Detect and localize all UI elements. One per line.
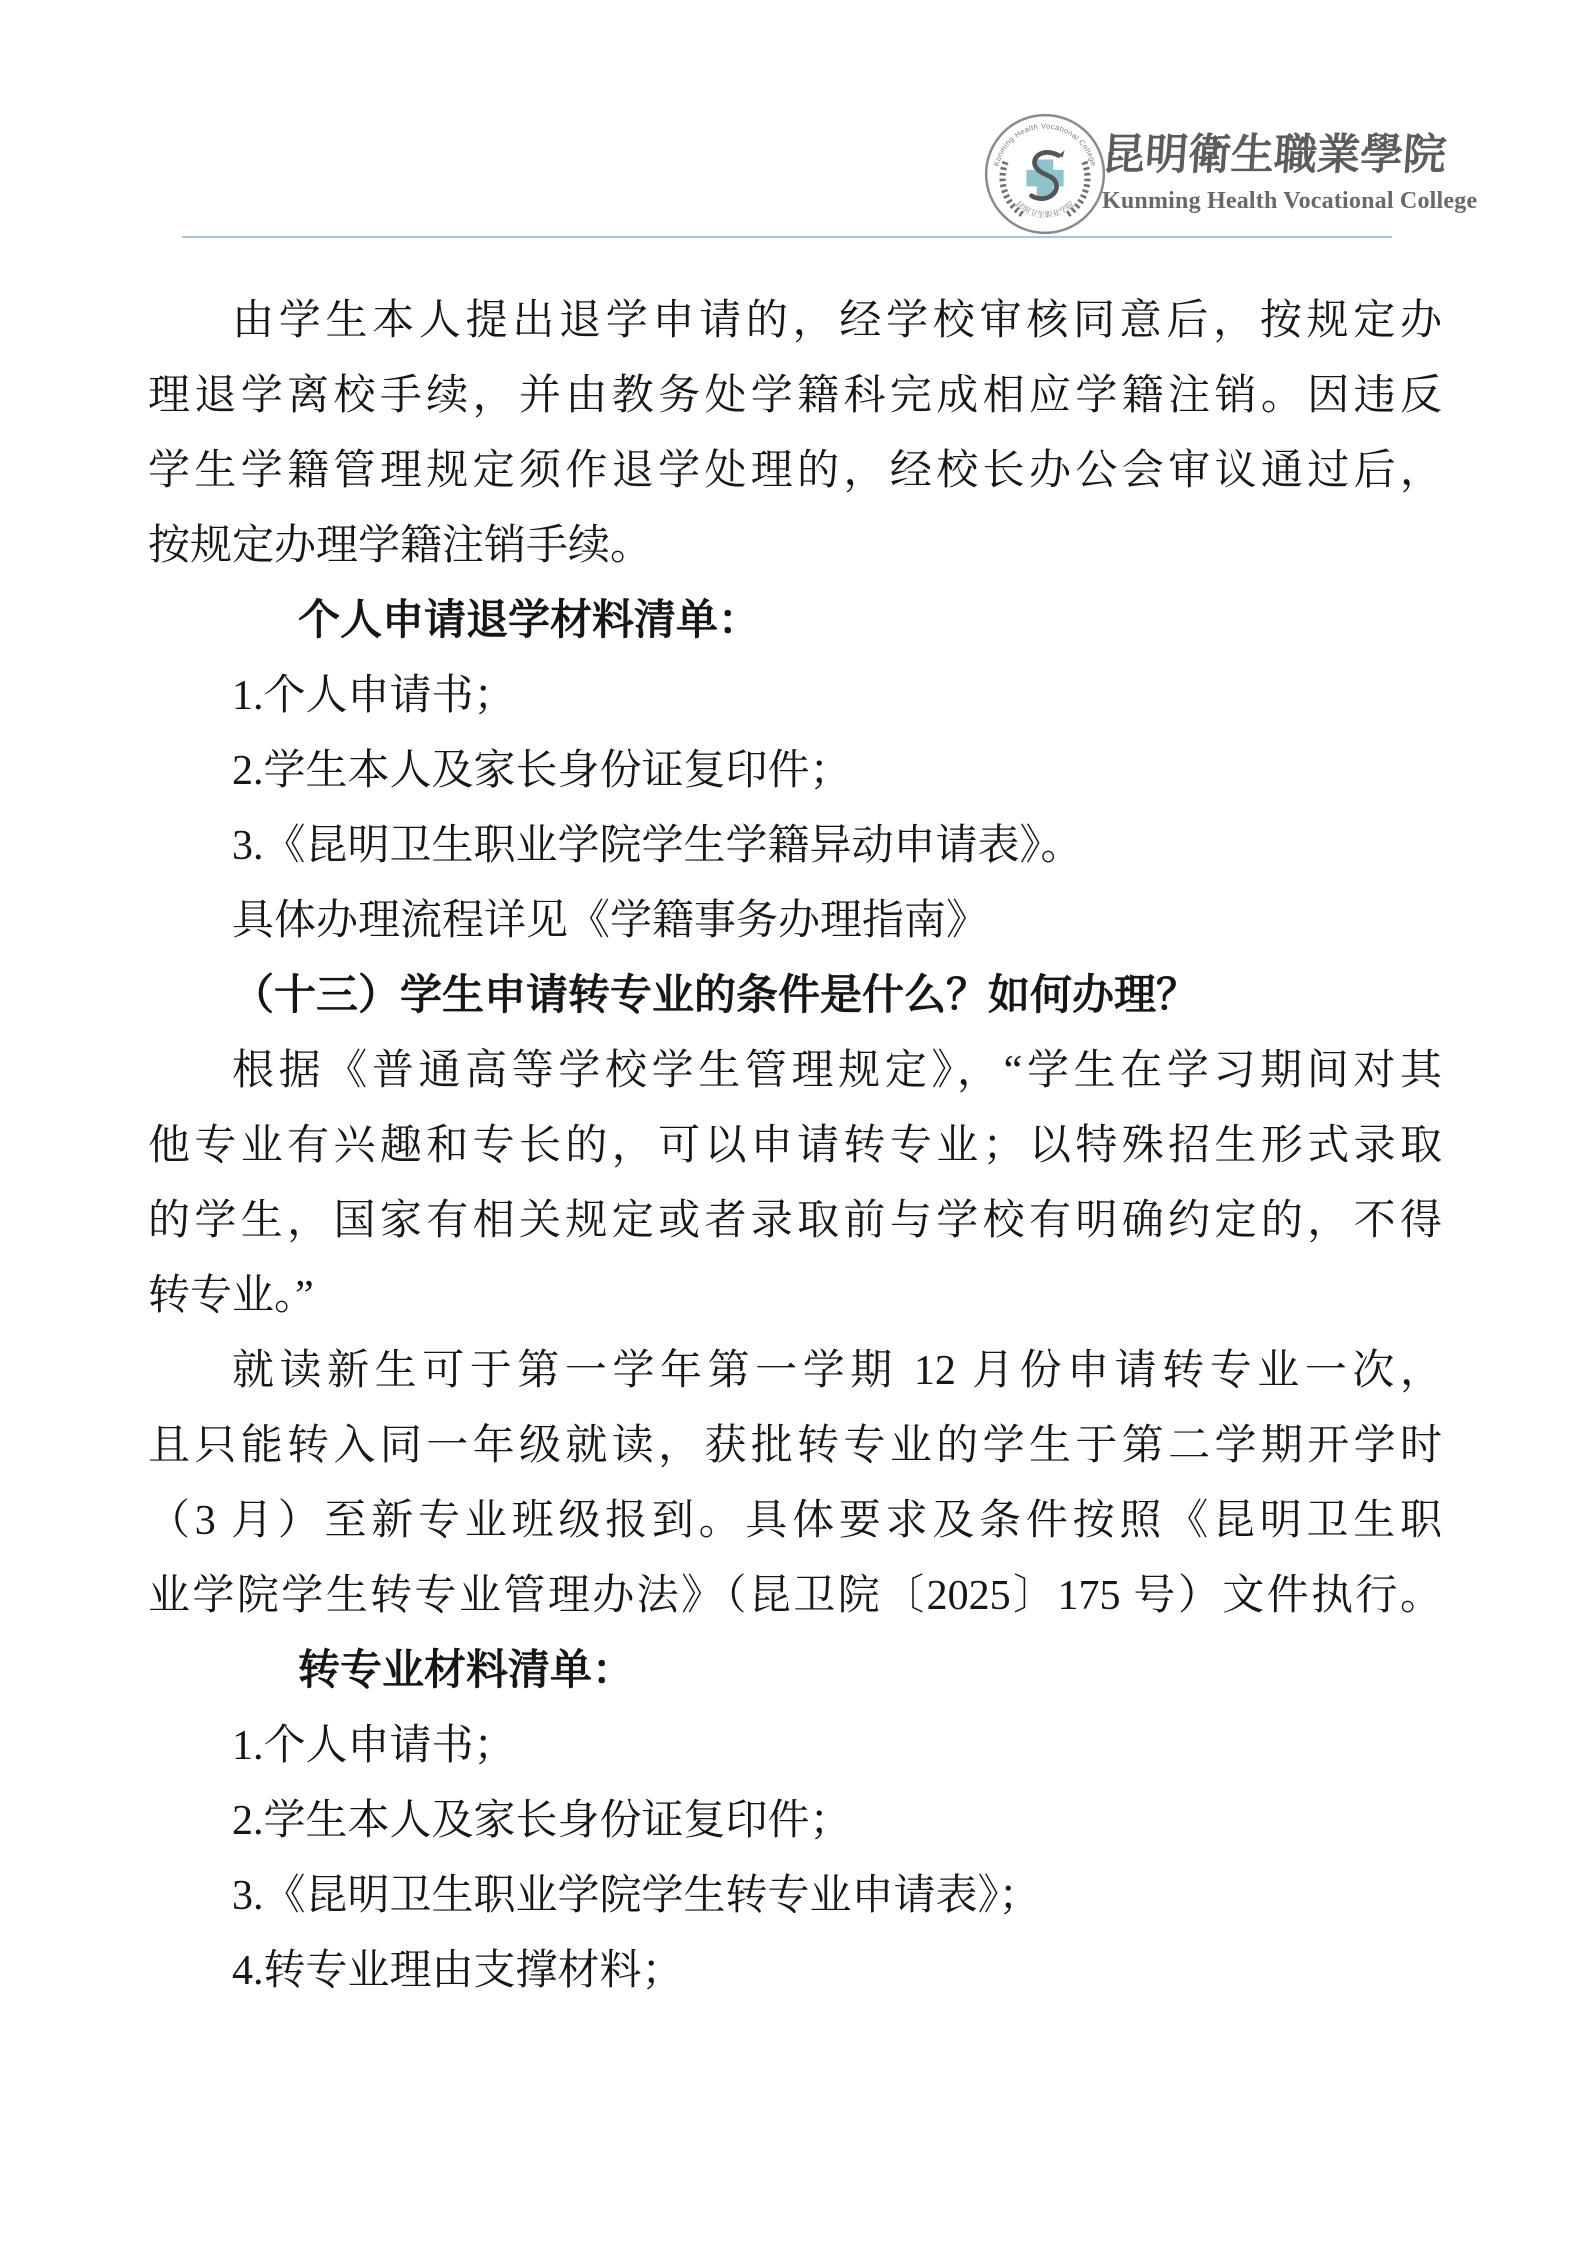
college-name-block: 昆明衛生職業學院 Kunming Health Vocational Colle… bbox=[1102, 130, 1462, 216]
document-text-line: 由学生本人提出退学申请的，经学校审核同意后，按规定办 bbox=[148, 284, 1442, 359]
college-name-english: Kunming Health Vocational College bbox=[1102, 186, 1462, 216]
college-name-chinese: 昆明衛生職業學院 bbox=[1100, 130, 1464, 182]
document-text-line: 1.个人申请书； bbox=[148, 659, 1442, 734]
college-seal-logo: Kunming Health Vocational College 昆明卫生职业… bbox=[983, 112, 1107, 236]
document-text-line: 3.《昆明卫生职业学院学生转专业申请表》； bbox=[148, 1859, 1442, 1934]
document-text-line: 且只能转入同一年级就读，获批转专业的学生于第二学期开学时 bbox=[148, 1409, 1442, 1484]
document-text-line: 的学生，国家有相关规定或者录取前与学校有明确约定的，不得 bbox=[148, 1184, 1442, 1259]
document-text-line: 他专业有兴趣和专长的，可以申请转专业；以特殊招生形式录取 bbox=[148, 1109, 1442, 1184]
page-header: Kunming Health Vocational College 昆明卫生职业… bbox=[0, 0, 1587, 250]
page: { "header": { "logo": { "ring_text_top":… bbox=[0, 0, 1587, 2245]
document-body: 由学生本人提出退学申请的，经学校审核同意后，按规定办理退学离校手续，并由教务处学… bbox=[148, 284, 1442, 2009]
document-text-line: 根据《普通高等学校学生管理规定》，“学生在学习期间对其 bbox=[148, 1034, 1442, 1109]
document-text-line: 2.学生本人及家长身份证复印件； bbox=[148, 1784, 1442, 1859]
document-text-line: 1.个人申请书； bbox=[148, 1709, 1442, 1784]
document-text-line: 2.学生本人及家长身份证复印件； bbox=[148, 734, 1442, 809]
document-text-line: 业学院学生转专业管理办法》（昆卫院〔2025〕175 号）文件执行。 bbox=[148, 1559, 1442, 1634]
document-text-line: 4.转专业理由支撑材料； bbox=[148, 1934, 1442, 2009]
college-seal-icon: Kunming Health Vocational College 昆明卫生职业… bbox=[983, 112, 1107, 236]
document-text-line: 学生学籍管理规定须作退学处理的，经校长办公会审议通过后， bbox=[148, 434, 1442, 509]
document-text-line: 就读新生可于第一学年第一学期 12 月份申请转专业一次， bbox=[148, 1334, 1442, 1409]
document-text-line: （3 月）至新专业班级报到。具体要求及条件按照《昆明卫生职 bbox=[148, 1484, 1442, 1559]
document-text-line: 转专业。” bbox=[148, 1259, 1442, 1334]
document-text-line: 3.《昆明卫生职业学院学生学籍异动申请表》。 bbox=[148, 809, 1442, 884]
header-divider-rule bbox=[182, 236, 1392, 238]
document-heading-line: 转专业材料清单： bbox=[148, 1634, 1442, 1709]
document-text-line: 按规定办理学籍注销手续。 bbox=[148, 509, 1442, 584]
document-heading-line: （十三）学生申请转专业的条件是什么？如何办理？ bbox=[148, 959, 1442, 1034]
document-heading-line: 个人申请退学材料清单： bbox=[148, 584, 1442, 659]
document-text-line: 理退学离校手续，并由教务处学籍科完成相应学籍注销。因违反 bbox=[148, 359, 1442, 434]
document-text-line: 具体办理流程详见《学籍事务办理指南》 bbox=[148, 884, 1442, 959]
